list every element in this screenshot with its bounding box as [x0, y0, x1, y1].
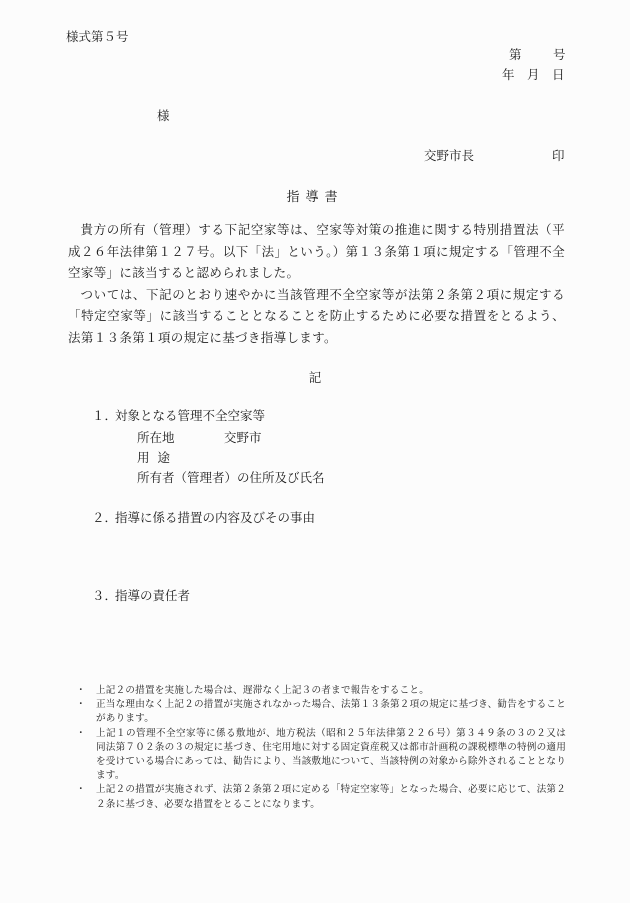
- note-text: 上記２の措置が実施されず、法第２条第２項に定める「特定空家等」となった場合、必要…: [96, 784, 566, 809]
- location-label: 所在地: [137, 428, 175, 446]
- date-year-label: 年: [502, 67, 515, 83]
- note-text: 上記１の管理不全空家等に係る敷地が、地方税法（昭和２５年法律第２２６号）第３４９…: [96, 728, 566, 782]
- ki-heading: 記: [0, 368, 630, 386]
- date-month-label: 月: [527, 67, 540, 83]
- section-1-title: 対象となる管理不全空家等: [115, 406, 265, 424]
- bullet-icon: ・: [76, 684, 86, 698]
- section-1-number: １．: [92, 406, 117, 424]
- section-3-number: ３．: [92, 586, 117, 604]
- location-value: 交野市: [224, 428, 262, 446]
- note-text: 正当な理由なく上記２の措置が実施されなかった場合、法第１３条第２項の規定に基づき…: [96, 699, 566, 724]
- section-2-title: 指導に係る措置の内容及びその事由: [115, 508, 315, 526]
- addressee-honorific: 様: [157, 108, 170, 124]
- seal-mark: 印: [552, 148, 565, 164]
- body-text: 貴方の所有（管理）する下記空家等は、空家等対策の推進に関する特別措置法（平成２６…: [68, 219, 565, 348]
- body-paragraph: 貴方の所有（管理）する下記空家等は、空家等対策の推進に関する特別措置法（平成２６…: [68, 219, 565, 284]
- document-number-suffix: 号: [553, 47, 566, 63]
- usage-label: 用途: [137, 448, 178, 466]
- note-item: ・ 正当な理由なく上記２の措置が実施されなかった場合、法第１３条第２項の規定に基…: [76, 698, 566, 726]
- note-item: ・ 上記１の管理不全空家等に係る敷地が、地方税法（昭和２５年法律第２２６号）第３…: [76, 727, 566, 784]
- section-3-title: 指導の責任者: [115, 586, 190, 604]
- owner-label: 所有者（管理者）の住所及び氏名: [137, 468, 325, 486]
- document-number-prefix: 第: [509, 47, 522, 63]
- issuer-name: 交野市長: [424, 148, 474, 164]
- section-2-number: ２．: [92, 508, 117, 526]
- bullet-icon: ・: [76, 698, 86, 712]
- note-text: 上記２の措置を実施した場合は、遅滞なく上記３の者まで報告をすること。: [96, 685, 429, 696]
- body-paragraph: ついては、下記のとおり速やかに当該管理不全空家等が法第２条第２項に規定する「特定…: [68, 284, 565, 349]
- form-number: 様式第５号: [66, 29, 129, 45]
- date-day-label: 日: [552, 67, 565, 83]
- bullet-icon: ・: [76, 727, 86, 741]
- note-item: ・ 上記２の措置が実施されず、法第２条第２項に定める「特定空家等」となった場合、…: [76, 783, 566, 811]
- notes-list: ・ 上記２の措置を実施した場合は、遅滞なく上記３の者まで報告をすること。 ・ 正…: [76, 684, 566, 812]
- bullet-icon: ・: [76, 783, 86, 797]
- document-title: 指導書: [0, 186, 630, 205]
- note-item: ・ 上記２の措置を実施した場合は、遅滞なく上記３の者まで報告をすること。: [76, 684, 566, 698]
